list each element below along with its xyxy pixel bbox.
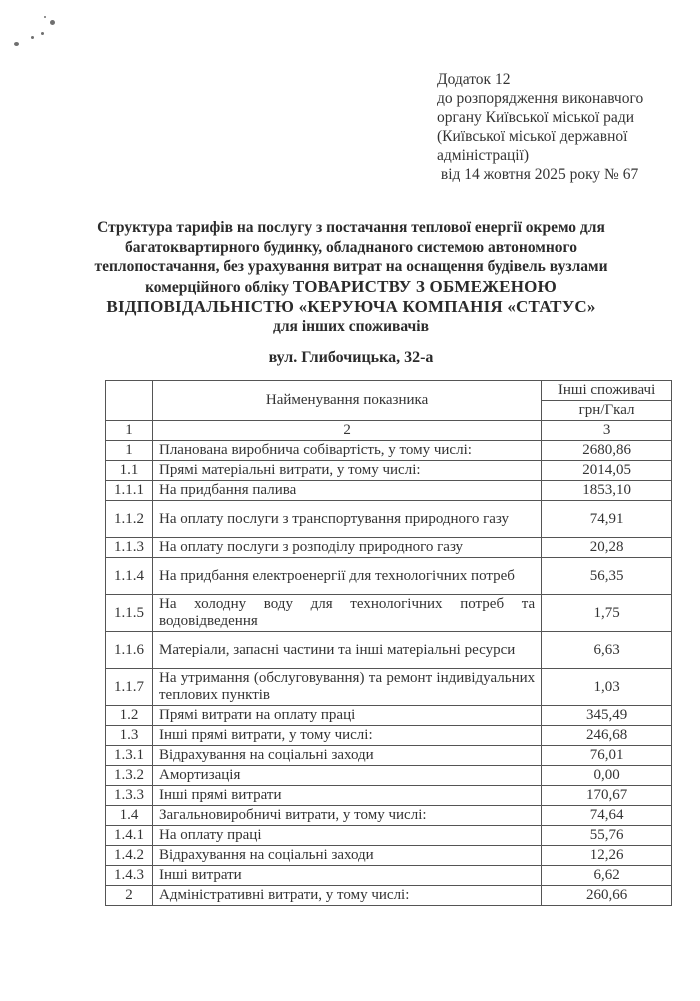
- title-line: Структура тарифів на послугу з постачанн…: [90, 218, 612, 238]
- row-number: 1.3.1: [106, 746, 153, 766]
- row-number: 1.4: [106, 806, 153, 826]
- header-name-cell: Найменування показника: [152, 381, 541, 421]
- row-value: 260,66: [542, 886, 672, 906]
- scan-specks: [14, 14, 60, 54]
- row-number: 1.4.1: [106, 826, 153, 846]
- table-row: 1.1.3На оплату послуги з розподілу приро…: [106, 538, 672, 558]
- row-number: 1.1: [106, 461, 153, 481]
- title-prefix: комерційного обліку: [145, 279, 293, 296]
- table-row: 1.3.2Амортизація0,00: [106, 766, 672, 786]
- row-indicator-name: Загальновиробничі витрати, у тому числі:: [152, 806, 541, 826]
- table-row: 1.4.3Інші витрати6,62: [106, 866, 672, 886]
- col-number: 3: [542, 421, 672, 441]
- title-line: теплопостачання, без урахування витрат н…: [90, 257, 612, 277]
- row-number: 1.3.2: [106, 766, 153, 786]
- row-number: 1.2: [106, 706, 153, 726]
- row-number: 1.3: [106, 726, 153, 746]
- table-row: 2Адміністративні витрати, у тому числі:2…: [106, 886, 672, 906]
- row-indicator-name: На оплату праці: [152, 826, 541, 846]
- annex-line: Додаток 12: [437, 70, 699, 89]
- row-value: 76,01: [542, 746, 672, 766]
- row-indicator-name: Відрахування на соціальні заходи: [152, 846, 541, 866]
- row-number: 1.1.3: [106, 538, 153, 558]
- row-value: 20,28: [542, 538, 672, 558]
- row-indicator-name: На оплату послуги з розподілу природного…: [152, 538, 541, 558]
- row-indicator-name: Планована виробнича собівартість, у тому…: [152, 441, 541, 461]
- table-row: 1.1.2На оплату послуги з транспортування…: [106, 501, 672, 538]
- annex-line: до розпорядження виконавчого: [437, 89, 699, 108]
- row-indicator-name: Матеріали, запасні частини та інші матер…: [152, 632, 541, 669]
- row-indicator-name: Інші витрати: [152, 866, 541, 886]
- row-indicator-name: Інші прямі витрати, у тому числі:: [152, 726, 541, 746]
- row-indicator-name: На оплату послуги з транспортування прир…: [152, 501, 541, 538]
- row-number: 1: [106, 441, 153, 461]
- table-body: 1Планована виробнича собівартість, у том…: [106, 441, 672, 906]
- row-value: 0,00: [542, 766, 672, 786]
- row-value: 74,91: [542, 501, 672, 538]
- table-row: 1.1Прямі матеріальні витрати, у тому чис…: [106, 461, 672, 481]
- table-row: 1.2Прямі витрати на оплату праці345,49: [106, 706, 672, 726]
- title-line: багатоквартирного будинку, обладнаного с…: [90, 238, 612, 258]
- row-indicator-name: На холодну воду для технологічних потреб…: [152, 595, 541, 632]
- company-name-cont: ВІДПОВІДАЛЬНІСТЮ «КЕРУЮЧА КОМПАНІЯ «СТАТ…: [90, 297, 612, 317]
- row-value: 345,49: [542, 706, 672, 726]
- table-row: 1.4.1На оплату праці55,76: [106, 826, 672, 846]
- row-value: 1,03: [542, 669, 672, 706]
- row-indicator-name: Прямі витрати на оплату праці: [152, 706, 541, 726]
- tariff-structure-table: Найменування показника Інші споживачі гр…: [105, 380, 672, 906]
- row-indicator-name: Адміністративні витрати, у тому числі:: [152, 886, 541, 906]
- row-number: 1.1.1: [106, 481, 153, 501]
- address: вул. Глибочицька, 32-а: [90, 349, 612, 367]
- row-value: 74,64: [542, 806, 672, 826]
- company-name: ТОВАРИСТВУ З ОБМЕЖЕНОЮ: [293, 277, 557, 296]
- row-indicator-name: Інші прямі витрати: [152, 786, 541, 806]
- table-row: 1.1.7На утримання (обслуговування) та ре…: [106, 669, 672, 706]
- table-row: 1.4.2Відрахування на соціальні заходи12,…: [106, 846, 672, 866]
- annex-line: (Київської міської державної: [437, 127, 699, 146]
- row-number: 1.3.3: [106, 786, 153, 806]
- annex-header: Додаток 12 до розпорядження виконавчого …: [437, 70, 699, 184]
- row-number: 1.1.7: [106, 669, 153, 706]
- table-row: 1.1.5На холодну воду для технологічних п…: [106, 595, 672, 632]
- row-number: 1.1.6: [106, 632, 153, 669]
- row-value: 56,35: [542, 558, 672, 595]
- row-number: 1.1.5: [106, 595, 153, 632]
- row-value: 6,63: [542, 632, 672, 669]
- row-indicator-name: Амортизація: [152, 766, 541, 786]
- row-indicator-name: На придбання електроенергії для технолог…: [152, 558, 541, 595]
- row-value: 2014,05: [542, 461, 672, 481]
- row-number: 1.4.2: [106, 846, 153, 866]
- table-row: 1.1.4На придбання електроенергії для тех…: [106, 558, 672, 595]
- annex-line: від 14 жовтня 2025 року № 67: [437, 165, 699, 184]
- col-number: 1: [106, 421, 153, 441]
- row-value: 1853,10: [542, 481, 672, 501]
- table-row: 1.3.3Інші прямі витрати170,67: [106, 786, 672, 806]
- annex-line: адміністрації): [437, 146, 699, 165]
- row-value: 55,76: [542, 826, 672, 846]
- row-indicator-name: На утримання (обслуговування) та ремонт …: [152, 669, 541, 706]
- header-value-unit: грн/Гкал: [542, 401, 672, 421]
- title-line: комерційного обліку ТОВАРИСТВУ З ОБМЕЖЕН…: [90, 277, 612, 298]
- header-value-title: Інші споживачі: [542, 381, 672, 401]
- table-row: 1.3Інші прямі витрати, у тому числі:246,…: [106, 726, 672, 746]
- row-value: 246,68: [542, 726, 672, 746]
- title-line: для інших споживачів: [90, 317, 612, 337]
- table-row: 1.1.1На придбання палива1853,10: [106, 481, 672, 501]
- document-title: Структура тарифів на послугу з постачанн…: [90, 218, 612, 336]
- row-number: 2: [106, 886, 153, 906]
- annex-line: органу Київської міської ради: [437, 108, 699, 127]
- row-indicator-name: Відрахування на соціальні заходи: [152, 746, 541, 766]
- table-row: 1.3.1Відрахування на соціальні заходи76,…: [106, 746, 672, 766]
- table-row: 1.4Загальновиробничі витрати, у тому чис…: [106, 806, 672, 826]
- row-number: 1.4.3: [106, 866, 153, 886]
- row-value: 6,62: [542, 866, 672, 886]
- row-number: 1.1.4: [106, 558, 153, 595]
- row-value: 170,67: [542, 786, 672, 806]
- row-number: 1.1.2: [106, 501, 153, 538]
- table-row: 1.1.6Матеріали, запасні частини та інші …: [106, 632, 672, 669]
- row-indicator-name: На придбання палива: [152, 481, 541, 501]
- row-value: 12,26: [542, 846, 672, 866]
- row-indicator-name: Прямі матеріальні витрати, у тому числі:: [152, 461, 541, 481]
- row-value: 2680,86: [542, 441, 672, 461]
- header-num-cell: [106, 381, 153, 421]
- col-number: 2: [152, 421, 541, 441]
- table-row: 1Планована виробнича собівартість, у том…: [106, 441, 672, 461]
- row-value: 1,75: [542, 595, 672, 632]
